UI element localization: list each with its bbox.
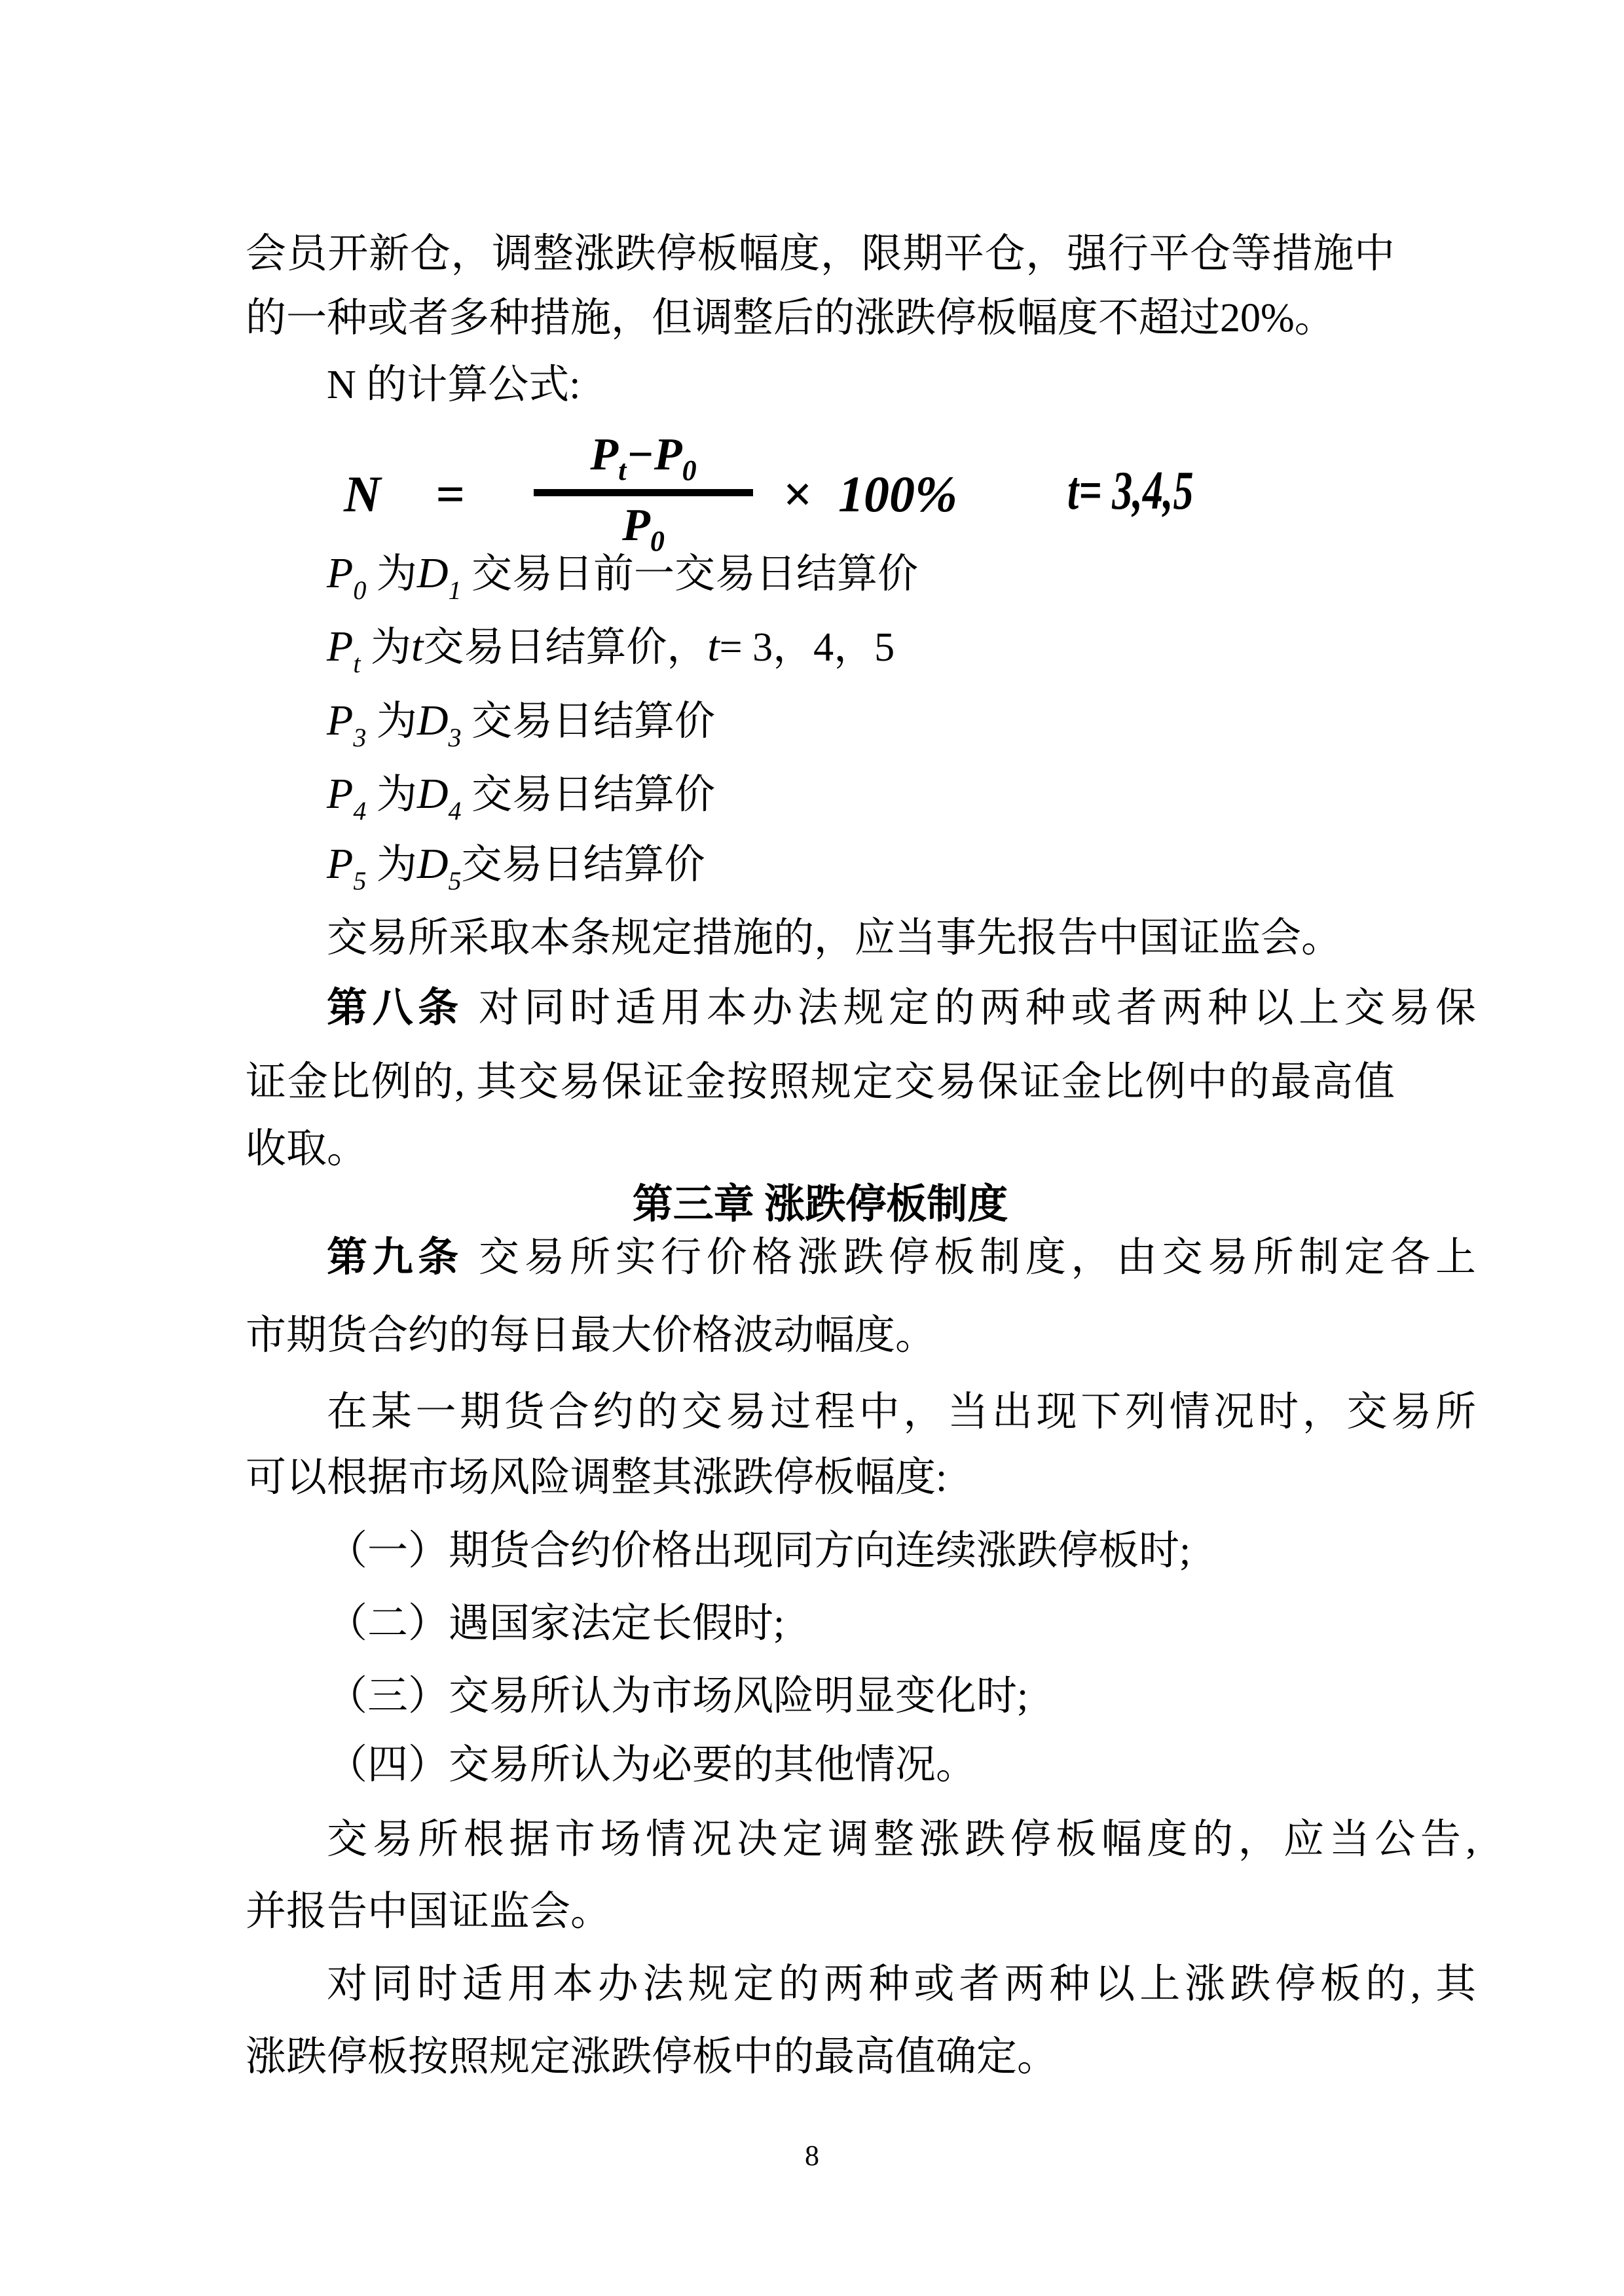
def-text: = 3，4，5	[720, 625, 895, 670]
def-subscript: 4	[353, 796, 366, 826]
paragraph-line: 交易所根据市场情况决定调整涨跌停板幅度的，应当公告,	[246, 1810, 1476, 1869]
def-subscript: t	[353, 649, 360, 678]
article-number: 第八条	[327, 986, 464, 1030]
def-subscript: 3	[353, 723, 366, 752]
times-sign: ×	[783, 465, 811, 524]
definition-line: P5 为D5交易日结算价	[246, 835, 1476, 911]
minus-sign: −	[626, 429, 654, 480]
formula-percent: 100%	[838, 465, 957, 524]
def-var: D	[417, 770, 449, 818]
def-var: P	[327, 549, 353, 597]
formula-intro-line: N 的计算公式:	[246, 355, 1476, 414]
numerator-var: P	[654, 429, 682, 480]
fraction-bar	[534, 489, 753, 496]
definition-line: Pt 为t交易日结算价，t= 3，4，5	[246, 617, 1476, 693]
def-subscript: 0	[353, 575, 366, 605]
def-subscript: 5	[449, 866, 462, 896]
definition-line: P0 为D1 交易日前一交易日结算价	[246, 544, 1476, 620]
article-9-line: 第九条 交易所实行价格涨跌停板制度，由交易所制定各上	[246, 1228, 1476, 1287]
def-var: P	[327, 623, 353, 670]
def-text: 交易日前一交易日结算价	[462, 552, 919, 596]
paragraph-line: 交易所采取本条规定措施的，应当事先报告中国证监会。	[246, 909, 1476, 968]
paragraph-line: 在某一期货合约的交易过程中，当出现下列情况时，交易所	[246, 1383, 1476, 1442]
list-item: （一）期货合约价格出现同方向连续涨跌停板时;	[246, 1522, 1476, 1580]
paragraph-line: 对同时适用本办法规定的两种或者两种以上涨跌停板的, 其	[246, 1955, 1476, 2014]
article-text: 对同时适用本办法规定的两种或者两种以上交易保	[464, 986, 1476, 1030]
formula-lhs: N	[344, 465, 380, 524]
def-text: 交易日结算价	[462, 843, 705, 887]
paragraph-line: 市期货合约的每日最大价格波动幅度。	[246, 1306, 1395, 1365]
def-subscript: 3	[449, 723, 462, 752]
list-item: （四）交易所认为必要的其他情况。	[246, 1736, 1476, 1795]
list-item: （三）交易所认为市场风险明显变化时;	[246, 1667, 1476, 1726]
def-text: 交易日结算价	[462, 699, 716, 744]
def-var: t	[411, 623, 423, 670]
article-text: 交易所实行价格涨跌停板制度，由交易所制定各上	[464, 1235, 1476, 1280]
def-var: P	[327, 840, 353, 888]
numerator-subscript: t	[618, 454, 626, 486]
def-subscript: 1	[449, 575, 462, 605]
paragraph-line: 的一种或者多种措施，但调整后的涨跌停板幅度不超过20%。	[246, 289, 1395, 348]
paragraph-line: 收取。	[246, 1120, 1395, 1178]
def-var: P	[327, 770, 353, 818]
def-subscript: 5	[353, 866, 366, 896]
def-var: P	[327, 697, 353, 744]
paragraph-line: 并报告中国证监会。	[246, 1882, 1395, 1941]
equals-sign: =	[435, 465, 464, 524]
def-var: t	[707, 623, 719, 670]
page-number: 8	[0, 2140, 1624, 2172]
definition-line: P3 为D3 交易日结算价	[246, 691, 1476, 767]
article-8-line: 第八条 对同时适用本办法规定的两种或者两种以上交易保	[246, 979, 1476, 1038]
list-item: （二）遇国家法定长假时;	[246, 1594, 1476, 1653]
article-number: 第九条	[327, 1235, 464, 1280]
def-text: 为	[366, 843, 417, 887]
paragraph-line: 涨跌停板按照规定涨跌停板中的最高值确定。	[246, 2028, 1395, 2086]
def-text: 交易日结算价	[462, 773, 716, 817]
def-text: 交易日结算价，	[423, 625, 707, 670]
def-subscript: 4	[449, 796, 462, 826]
def-text: 为	[360, 625, 411, 670]
def-var: D	[417, 840, 449, 888]
denominator-var: P	[622, 500, 650, 551]
numerator-subscript: 0	[682, 454, 697, 486]
formula-condition: t= 3,4,5	[1067, 458, 1194, 524]
paragraph-line: 可以根据市场风险调整其涨跌停板幅度:	[246, 1448, 1395, 1507]
paragraph-line: 会员开新仓，调整涨跌停板幅度，限期平仓，强行平仓等措施中	[246, 225, 1395, 283]
def-var: D	[417, 697, 449, 744]
document-page: 会员开新仓，调整涨跌停板幅度，限期平仓，强行平仓等措施中 的一种或者多种措施，但…	[0, 0, 1624, 2296]
numerator-var: P	[590, 429, 618, 480]
definition-line: P4 为D4 交易日结算价	[246, 765, 1476, 841]
paragraph-line: 证金比例的, 其交易保证金按照规定交易保证金比例中的最高值	[246, 1053, 1395, 1112]
chapter-heading: 第三章 涨跌停板制度	[246, 1175, 1395, 1234]
def-var: D	[417, 549, 449, 597]
def-text: 为	[366, 699, 417, 744]
def-text: 为	[366, 773, 417, 817]
formula-numerator: Pt−P0	[534, 429, 753, 497]
def-text: 为	[366, 552, 417, 596]
